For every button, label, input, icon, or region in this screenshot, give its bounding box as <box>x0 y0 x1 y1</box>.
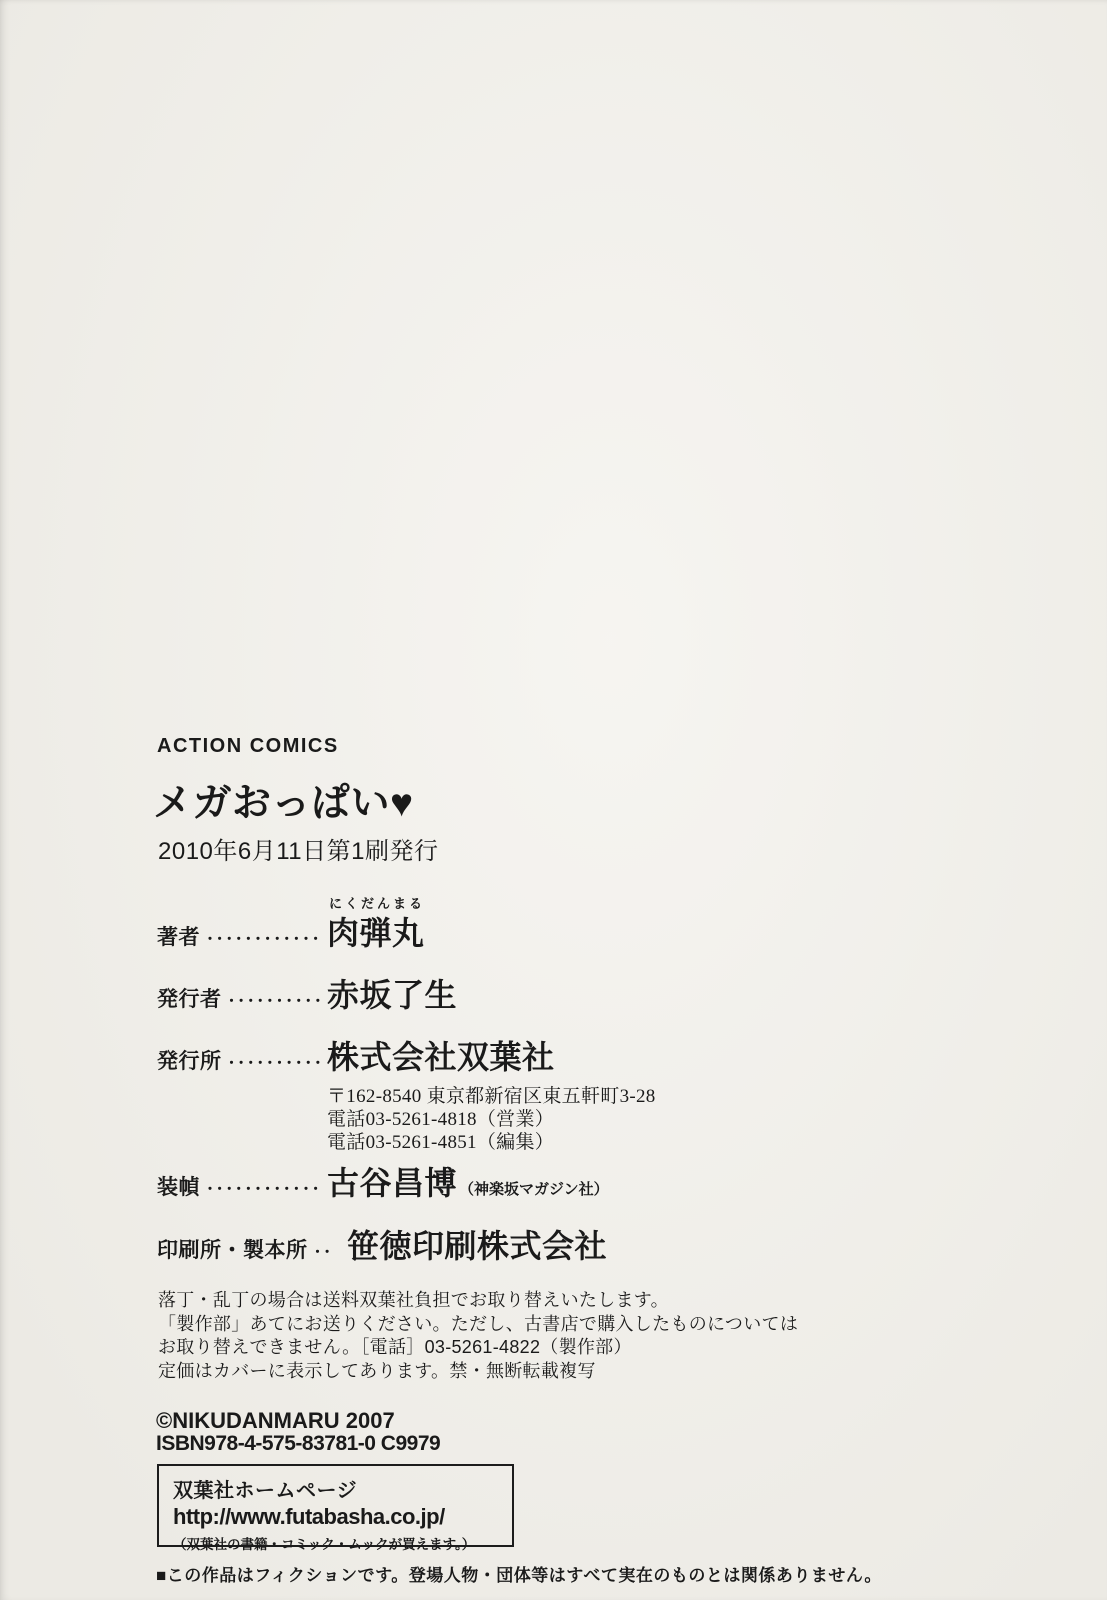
dot-leader: ・・ <box>311 1242 348 1262</box>
dot-leader: ・・・・・・・・・・・・ <box>203 929 327 949</box>
notice-line: 定価はカバーに表示してあります。禁・無断転載複写 <box>158 1360 798 1384</box>
homepage-title: 双葉社ホームページ <box>173 1474 504 1503</box>
publisher-name: 株式会社双葉社 <box>327 1032 656 1078</box>
publisher-address: 〒162-8540 東京都新宿区東五軒町3-28 <box>327 1085 656 1108</box>
dot-leader: ・・・・・・・・・・ <box>225 1053 328 1073</box>
designer-name: 古谷昌博 <box>327 1158 457 1204</box>
credit-label: 著者 <box>157 921 200 951</box>
copyright-line: ©NIKUDANMARU 2007 <box>156 1408 395 1434</box>
book-title: メガおっぱい♥ <box>153 772 414 828</box>
colophon-page: ACTION COMICS メガおっぱい♥ 2010年6月11日第1刷発行 著者… <box>0 0 1107 1600</box>
isbn-line: ISBN978-4-575-83781-0 C9979 <box>156 1432 440 1456</box>
credit-label: 印刷所・製本所 <box>157 1234 308 1264</box>
publisher-tel-edit: 電話03-5261-4851（編集） <box>327 1131 656 1154</box>
imprint-label: ACTION COMICS <box>157 735 339 758</box>
publisher-tel-sales: 電話03-5261-4818（営業） <box>327 1108 656 1131</box>
author-name-text: 肉弾丸 <box>327 915 425 951</box>
homepage-url: http://www.futabasha.co.jp/ <box>173 1504 504 1530</box>
printer-name: 笹徳印刷株式会社 <box>347 1221 607 1267</box>
dot-leader: ・・・・・・・・・・・・ <box>203 1179 327 1199</box>
notice-line: 落丁・乱丁の場合は送料双葉社負担でお取り替えいたします。 <box>158 1289 798 1313</box>
publisher-contact: 〒162-8540 東京都新宿区東五軒町3-28 電話03-5261-4818（… <box>327 1085 656 1154</box>
notice-line: お取り替えできません。［電話］03-5261-4822（製作部） <box>158 1336 798 1360</box>
credit-label-group: 装幀 ・・・・・・・・・・・・ <box>157 1171 327 1201</box>
credit-label: 装幀 <box>157 1171 200 1201</box>
publisher-person-name: 赤坂了生 <box>327 970 457 1016</box>
notice-line: 「製作部」あてにお送りください。ただし、古書店で購入したものについては <box>158 1313 798 1337</box>
fiction-disclaimer: ■この作品はフィクションです。登場人物・団体等はすべて実在のものとは関係ありませ… <box>156 1561 882 1586</box>
credit-row-printer: 印刷所・製本所 ・・ 笹徳印刷株式会社 <box>157 1221 607 1267</box>
designer-affiliation: （神楽坂マガジン社） <box>459 1178 609 1199</box>
exchange-notice: 落丁・乱丁の場合は送料双葉社負担でお取り替えいたします。 「製作部」あてにお送り… <box>158 1289 798 1383</box>
author-furigana: にくだんまる <box>329 893 425 912</box>
credit-row-design: 装幀 ・・・・・・・・・・・・ 古谷昌博 （神楽坂マガジン社） <box>157 1158 609 1204</box>
credit-row-publisher: 発行所 ・・・・・・・・・・ 株式会社双葉社 〒162-8540 東京都新宿区東… <box>157 1032 656 1154</box>
credit-label-group: 発行所 ・・・・・・・・・・ <box>157 1045 327 1075</box>
credit-row-author: 著者 ・・・・・・・・・・・・ にくだんまる 肉弾丸 <box>157 908 425 954</box>
homepage-caption: （双葉社の書籍・コミック・ムックが買えます。） <box>173 1533 504 1553</box>
credit-row-publisher-person: 発行者 ・・・・・・・・・・ 赤坂了生 <box>157 970 457 1016</box>
credit-label-group: 著者 ・・・・・・・・・・・・ <box>157 921 327 951</box>
credit-label-group: 印刷所・製本所 ・・ <box>157 1234 347 1264</box>
publisher-block: 株式会社双葉社 〒162-8540 東京都新宿区東五軒町3-28 電話03-52… <box>327 1032 656 1154</box>
credit-label: 発行者 <box>157 983 222 1013</box>
homepage-box: 双葉社ホームページ http://www.futabasha.co.jp/ （双… <box>157 1464 514 1547</box>
credit-label-group: 発行者 ・・・・・・・・・・ <box>157 983 327 1013</box>
edition-line: 2010年6月11日第1刷発行 <box>158 831 439 866</box>
author-name: にくだんまる 肉弾丸 <box>327 908 425 954</box>
dot-leader: ・・・・・・・・・・ <box>225 991 328 1011</box>
credit-label: 発行所 <box>157 1045 222 1075</box>
